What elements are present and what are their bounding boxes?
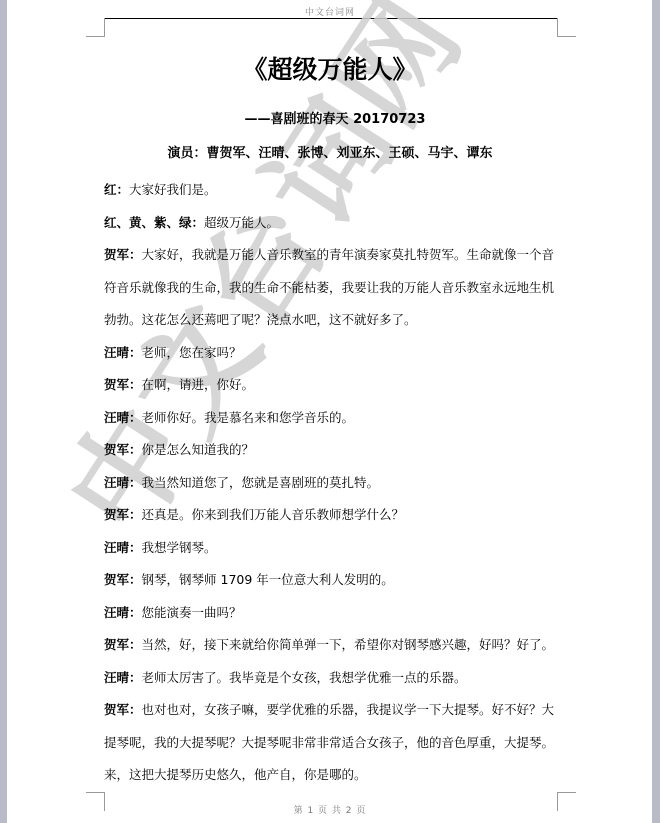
cast-list: 演员：曹贺军、汪晴、张博、刘亚东、王硕、马宇、谭东: [0, 142, 660, 161]
speaker-label: 贺军：: [104, 507, 142, 522]
line-text: 老师太厉害了。我毕竟是个女孩，我想学优雅一点的乐器。: [142, 670, 467, 685]
line-text: 也对也对，女孩子嘛，要学优雅的乐器，我提议学一下大提琴。好不好？大提琴呢，我的大…: [104, 702, 554, 782]
speaker-label: 红：: [104, 182, 129, 197]
speaker-label: 汪晴：: [104, 605, 142, 620]
line-text: 我当然知道您了，您就是喜剧班的莫扎特。: [142, 475, 380, 490]
dialogue-line: 汪晴：老师你好。我是慕名来和您学音乐的。: [104, 402, 560, 435]
line-text: 钢琴，钢琴师 1709 年一位意大利人发明的。: [142, 572, 394, 587]
dialogue-line: 贺军：也对也对，女孩子嘛，要学优雅的乐器，我提议学一下大提琴。好不好？大提琴呢，…: [104, 694, 560, 792]
document-title: 《超级万能人》: [0, 50, 660, 86]
line-text: 您能演奏一曲吗？: [142, 605, 242, 620]
speaker-label: 汪晴：: [104, 345, 142, 360]
dialogue-line: 贺军：大家好，我就是万能人音乐教室的青年演奏家莫扎特贺军。生命就像一个音符音乐就…: [104, 239, 560, 337]
line-text: 老师，您在家吗？: [142, 345, 242, 360]
speaker-label: 贺军：: [104, 637, 142, 652]
line-text: 当然，好，接下来就给你简单弹一下，希望你对钢琴感兴趣，好吗？好了。: [142, 637, 555, 652]
document-subtitle: ——喜剧班的春天 20170723: [0, 108, 660, 127]
speaker-label: 汪晴：: [104, 410, 142, 425]
line-text: 还真是。你来到我们万能人音乐教师想学什么？: [142, 507, 405, 522]
line-text: 在啊，请进，你好。: [142, 377, 255, 392]
dialogue-line: 红、黄、紫、绿：超级万能人。: [104, 207, 560, 240]
line-text: 你是怎么知道我的？: [142, 442, 255, 457]
line-text: 超级万能人。: [204, 215, 279, 230]
page-footer: 第 1 页 共 2 页: [0, 803, 660, 816]
dialogue-line: 贺军：钢琴，钢琴师 1709 年一位意大利人发明的。: [104, 564, 560, 597]
speaker-label: 贺军：: [104, 247, 142, 262]
speaker-label: 汪晴：: [104, 670, 142, 685]
line-text: 大家好，我就是万能人音乐教室的青年演奏家莫扎特贺军。生命就像一个音符音乐就像我的…: [104, 247, 554, 327]
dialogue-body: 红：大家好我们是。 红、黄、紫、绿：超级万能人。 贺军：大家好，我就是万能人音乐…: [104, 174, 560, 792]
speaker-label: 汪晴：: [104, 475, 142, 490]
dialogue-line: 汪晴：我想学钢琴。: [104, 532, 560, 565]
dialogue-line: 红：大家好我们是。: [104, 174, 560, 207]
dialogue-line: 贺军：在啊，请进，你好。: [104, 369, 560, 402]
speaker-label: 汪晴：: [104, 540, 142, 555]
line-text: 大家好我们是。: [129, 182, 217, 197]
dialogue-line: 汪晴：我当然知道您了，您就是喜剧班的莫扎特。: [104, 467, 560, 500]
dialogue-line: 贺军：还真是。你来到我们万能人音乐教师想学什么？: [104, 499, 560, 532]
crop-mark-top-right: [557, 18, 576, 37]
dialogue-line: 汪晴：老师，您在家吗？: [104, 337, 560, 370]
crop-mark-top-left: [86, 18, 105, 37]
dialogue-line: 汪晴：老师太厉害了。我毕竟是个女孩，我想学优雅一点的乐器。: [104, 662, 560, 695]
speaker-label: 贺军：: [104, 377, 142, 392]
speaker-label: 贺军：: [104, 572, 142, 587]
dialogue-line: 贺军：当然，好，接下来就给你简单弹一下，希望你对钢琴感兴趣，好吗？好了。: [104, 629, 560, 662]
line-text: 老师你好。我是慕名来和您学音乐的。: [142, 410, 355, 425]
speaker-label: 贺军：: [104, 702, 142, 717]
dialogue-line: 汪晴：您能演奏一曲吗？: [104, 597, 560, 630]
speaker-label: 贺军：: [104, 442, 142, 457]
speaker-label: 红、黄、紫、绿：: [104, 215, 204, 230]
dialogue-line: 贺军：你是怎么知道我的？: [104, 434, 560, 467]
line-text: 我想学钢琴。: [142, 540, 217, 555]
